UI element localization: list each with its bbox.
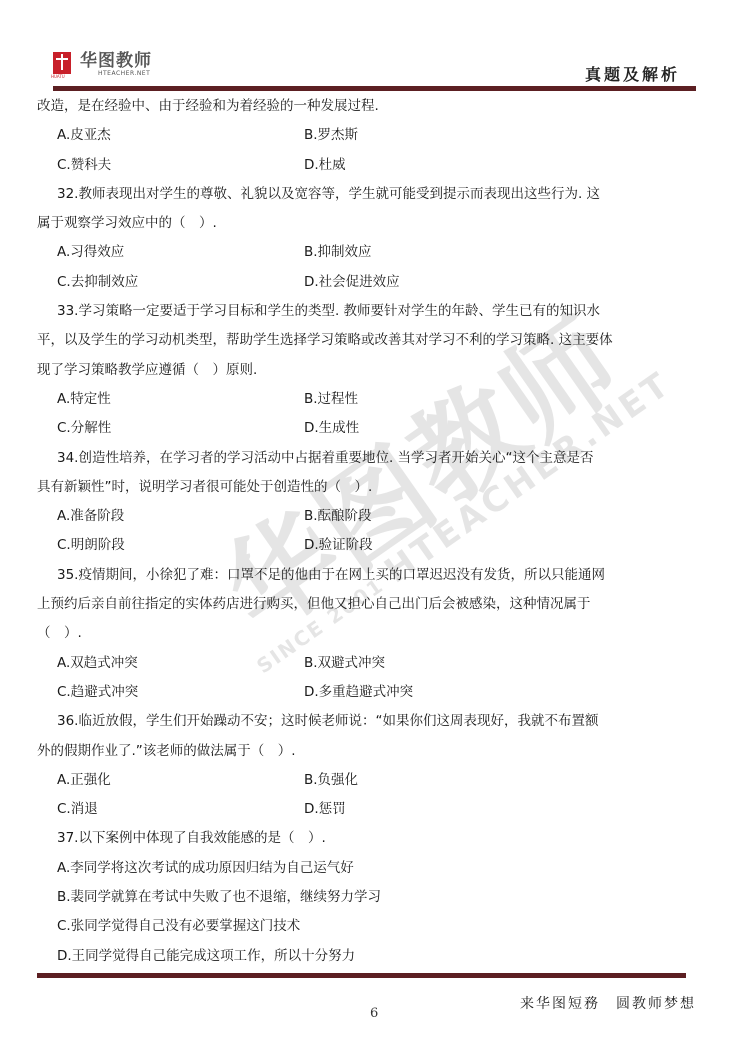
- question-33-options-row-1: A.特定性 B.过程性: [37, 385, 697, 414]
- question-33-stem-line-2: 平，以及学生的学习动机类型，帮助学生选择学习策略或改善其对学习不利的学习策略. …: [37, 326, 697, 355]
- question-34-options-row-2: C.明朗阶段 D.验证阶段: [37, 531, 697, 560]
- option-a: A.习得效应: [57, 238, 304, 267]
- option-d: D.验证阶段: [304, 531, 373, 560]
- option-c: C.明朗阶段: [57, 531, 304, 560]
- question-37-stem-line-1: 37.以下案例中体现了自我效能感的是（ ）.: [37, 824, 697, 853]
- question-35-options-row-1: A.双趋式冲突 B.双避式冲突: [37, 649, 697, 678]
- option-a: A.李同学将这次考试的成功原因归结为自己运气好: [37, 854, 697, 883]
- page-content: 改造，是在经验中、由于经验和为着经验的一种发展过程. A.皮亚杰 B.罗杰斯 C…: [37, 92, 697, 971]
- option-a: A.双趋式冲突: [57, 649, 304, 678]
- option-c: C.张同学觉得自己没有必要掌握这门技术: [37, 912, 697, 941]
- footer-divider: [37, 973, 686, 978]
- question-33-stem-line-3: 现了学习策略教学应遵循（ ）原则.: [37, 356, 697, 385]
- question-35-stem-line-2: 上预约后亲自前往指定的实体药店进行购买，但他又担心自己出门后会被感染，这种情况属…: [37, 590, 697, 619]
- option-c: C.赞科夫: [57, 151, 304, 180]
- option-d: D.惩罚: [304, 795, 346, 824]
- question-31-options-row-2: C.赞科夫 D.杜威: [37, 151, 697, 180]
- footer-slogan: 来华图短務 圆教师梦想: [520, 993, 696, 1013]
- question-34-stem-line-1: 34.创造性培养，在学习者的学习活动中占据着重要地位. 当学习者开始关心“这个主…: [37, 444, 697, 473]
- option-b: B.过程性: [304, 385, 358, 414]
- option-c: C.趋避式冲突: [57, 678, 304, 707]
- option-a: A.特定性: [57, 385, 304, 414]
- question-34-stem-line-2: 具有新颖性”时，说明学习者很可能处于创造性的（ ）.: [37, 473, 697, 502]
- question-32-stem-line-2: 属于观察学习效应中的（ ）.: [37, 209, 697, 238]
- logo-name-en: HTEACHER.NET: [98, 70, 152, 78]
- brand-logo: HUATU 华图教师 HTEACHER.NET: [53, 52, 152, 78]
- option-b: B.双避式冲突: [304, 649, 385, 678]
- option-d: D.杜威: [304, 151, 346, 180]
- option-a: A.正强化: [57, 766, 304, 795]
- option-b: B.裴同学就算在考试中失败了也不退缩，继续努力学习: [37, 883, 697, 912]
- option-d: D.多重趋避式冲突: [304, 678, 413, 707]
- question-35-stem-line-3: （ ）.: [37, 619, 697, 648]
- option-c: C.消退: [57, 795, 304, 824]
- option-c: C.去抑制效应: [57, 268, 304, 297]
- option-d: D.王同学觉得自己能完成这项工作，所以十分努力: [37, 942, 697, 971]
- logo-name-cn: 华图教师: [80, 52, 152, 70]
- option-d: D.生成性: [304, 414, 359, 443]
- question-36-stem-line-2: 外的假期作业了.”该老师的做法属于（ ）.: [37, 737, 697, 766]
- question-32-options-row-1: A.习得效应 B.抑制效应: [37, 238, 697, 267]
- question-35-options-row-2: C.趋避式冲突 D.多重趋避式冲突: [37, 678, 697, 707]
- logo-mark-icon: HUATU: [53, 52, 71, 74]
- logo-text: 华图教师 HTEACHER.NET: [80, 52, 152, 78]
- header-divider: [53, 86, 696, 91]
- option-b: B.抑制效应: [304, 238, 372, 267]
- question-35-stem-line-1: 35.疫情期间，小徐犯了难：口罩不足的他由于在网上买的口罩迟迟没有发货，所以只能…: [37, 561, 697, 590]
- question-31-options-row-1: A.皮亚杰 B.罗杰斯: [37, 121, 697, 150]
- option-c: C.分解性: [57, 414, 304, 443]
- option-a: A.准备阶段: [57, 502, 304, 531]
- option-b: B.罗杰斯: [304, 121, 358, 150]
- option-d: D.社会促进效应: [304, 268, 400, 297]
- page-header: HUATU 华图教师 HTEACHER.NET 真题及解析: [0, 0, 750, 92]
- question-33-stem-line-1: 33.学习策略一定要适于学习目标和学生的类型. 教师要针对学生的年龄、学生已有的…: [37, 297, 697, 326]
- question-36-options-row-2: C.消退 D.惩罚: [37, 795, 697, 824]
- option-b: B.负强化: [304, 766, 358, 795]
- logo-mark-subtext: HUATU: [51, 74, 65, 79]
- question-36-options-row-1: A.正强化 B.负强化: [37, 766, 697, 795]
- header-title: 真题及解析: [585, 62, 680, 85]
- question-34-options-row-1: A.准备阶段 B.酝酿阶段: [37, 502, 697, 531]
- question-36-stem-line-1: 36.临近放假，学生们开始躁动不安；这时候老师说：“如果你们这周表现好，我就不布…: [37, 707, 697, 736]
- question-31-continuation: 改造，是在经验中、由于经验和为着经验的一种发展过程.: [37, 92, 697, 121]
- question-32-options-row-2: C.去抑制效应 D.社会促进效应: [37, 268, 697, 297]
- option-b: B.酝酿阶段: [304, 502, 372, 531]
- option-a: A.皮亚杰: [57, 121, 304, 150]
- question-33-options-row-2: C.分解性 D.生成性: [37, 414, 697, 443]
- page-number: 6: [370, 1006, 378, 1021]
- question-32-stem-line-1: 32.教师表现出对学生的尊敬、礼貌以及宽容等，学生就可能受到提示而表现出这些行为…: [37, 180, 697, 209]
